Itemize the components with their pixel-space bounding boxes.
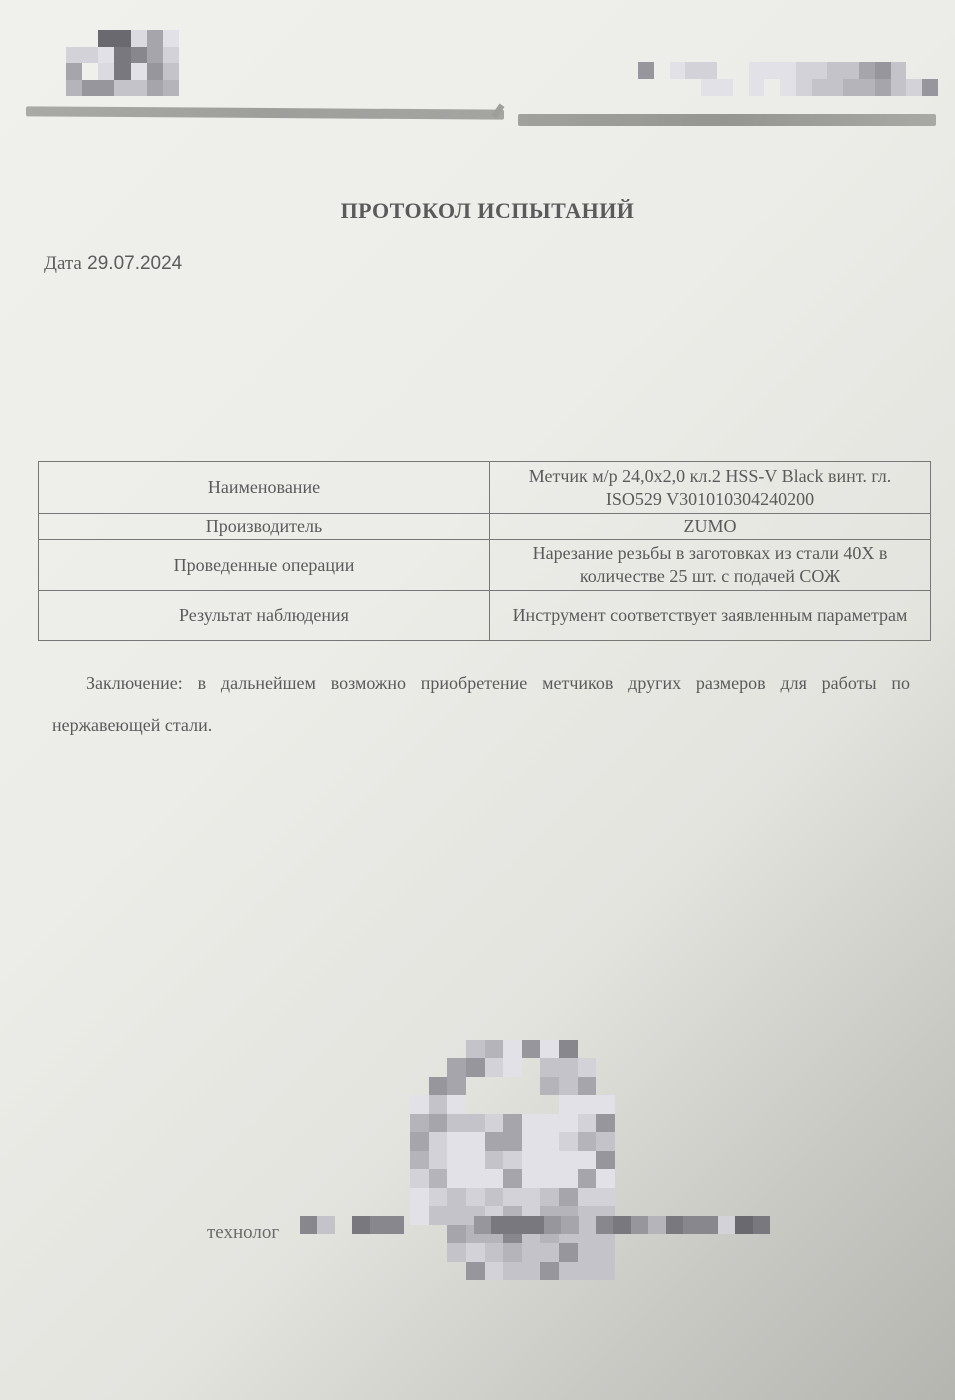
letterhead-rule-left (26, 106, 504, 119)
row-key: Производитель (39, 514, 490, 540)
row-value: Инструмент соответствует заявленным пара… (490, 591, 931, 641)
row-value: Метчик м/р 24,0х2,0 кл.2 HSS-V Black вин… (490, 462, 931, 514)
signer-role: технолог (207, 1222, 279, 1244)
table-row: Проведенные операции Нарезание резьбы в … (39, 540, 931, 591)
row-value: Нарезание резьбы в заготовках из стали 4… (490, 540, 931, 591)
letterhead-rule-right (518, 114, 936, 126)
row-key: Проведенные операции (39, 540, 490, 591)
table-row: Производитель ZUMO (39, 514, 931, 540)
stamp-redacted (410, 1040, 615, 1280)
document-date: Дата 29.07.2024 (44, 253, 182, 275)
company-logo-redacted (50, 30, 195, 96)
header-text-redacted (638, 62, 938, 96)
row-key: Результат наблюдения (39, 591, 490, 641)
table-row: Результат наблюдения Инструмент соответс… (39, 591, 931, 641)
table-row: Наименование Метчик м/р 24,0х2,0 кл.2 HS… (39, 462, 931, 514)
conclusion-paragraph: Заключение: в дальнейшем возможно приобр… (52, 662, 910, 746)
date-value: 29.07.2024 (87, 253, 182, 274)
document-title: ПРОТОКОЛ ИСПЫТАНИЙ (0, 198, 955, 224)
row-key: Наименование (39, 462, 490, 514)
date-label: Дата (44, 253, 82, 274)
signature-redacted (300, 1216, 770, 1234)
row-value: ZUMO (490, 514, 931, 540)
test-info-table: Наименование Метчик м/р 24,0х2,0 кл.2 HS… (38, 461, 931, 641)
